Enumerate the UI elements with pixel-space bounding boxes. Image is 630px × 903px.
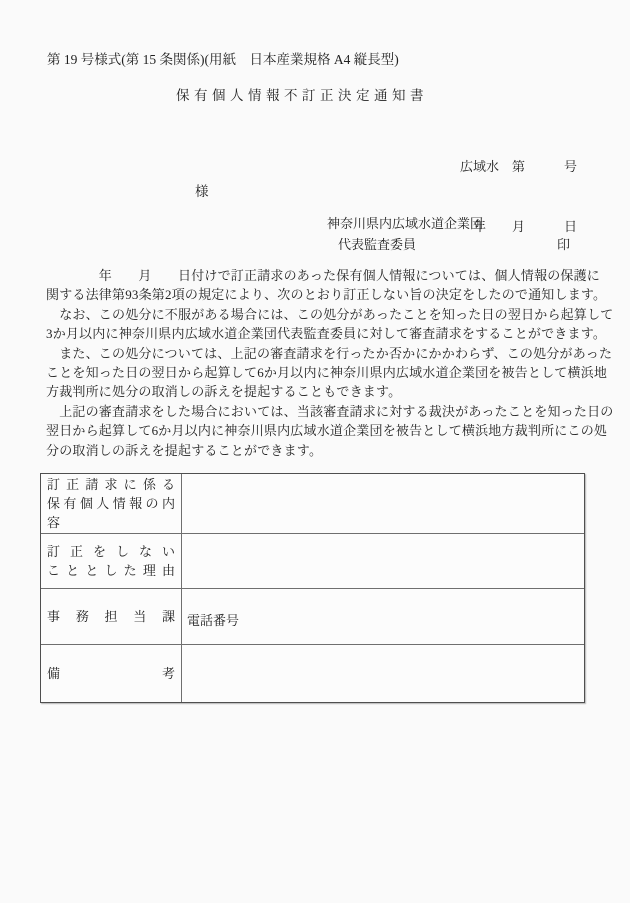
body-line: 年 月 日付けで訂正請求のあった保有個人情報については、個人情報の保護に [46,266,591,285]
table-row-label-remarks: 備 考 [41,645,182,702]
sender-organization: 神奈川県内広域水道企業団 [327,213,570,234]
document-page: 第 19 号様式(第 15 条関係)(用紙 日本産業規格 A4 縦長型) 保有個… [0,0,630,903]
body-line: なお、この処分に不服がある場合には、この処分があったことを知った日の翌日から起算… [46,305,591,324]
body-line: 関する法律第93条第2項の規定により、次のとおり訂正しない旨の決定をしたので通知… [46,285,591,304]
body-line: ことを知った日の翌日から起算して6か月以内に神奈川県内広域水道企業団を被告として… [46,363,591,382]
table-row-label-department: 事 務 担 当 課 [41,589,182,645]
body-line: 方裁判所に処分の取消しの訴えを提起することもできます。 [46,382,591,401]
addressee-honorific: 様 [195,180,209,200]
body-text: 年 月 日付けで訂正請求のあった保有個人情報については、個人情報の保護に 関する… [46,266,591,460]
body-line: 上記の審査請求をした場合においては、当該審査請求に対する裁決があったことを知った… [46,402,591,421]
body-line: 翌日から起算して6か月以内に神奈川県内広域水道企業団を被告として横浜地方裁判所に… [46,421,591,440]
document-title: 保有個人情報不訂正決定通知書 [0,84,604,104]
table-row-value-remarks [182,645,584,702]
table-row-label-request-content: 訂 正 請 求 に 係 る 保 有 個 人 情 報 の 内 容 [41,474,182,534]
sender-title: 代表監査委員 [338,234,416,255]
table-row-value-reason [182,534,584,589]
form-number-line: 第 19 号様式(第 15 条関係)(用紙 日本産業規格 A4 縦長型) [47,48,399,68]
body-line: 分の取消しの訴えを提起することができます。 [46,441,591,460]
document-number-line: 広域水 第 号 [460,157,577,177]
table-row-value-request-content [182,474,584,534]
phone-number-label: 電話番号 [187,610,239,629]
table-row-value-department: 電話番号 [182,589,584,645]
sender-block: 神奈川県内広域水道企業団 代表監査委員 印 [327,213,570,255]
table-row-label-reason: 訂 正 を し な い こ と と し た 理 由 [41,534,182,589]
body-line: 3か月以内に神奈川県内広域水道企業団代表監査委員に対して審査請求をすることができ… [46,324,591,343]
body-line: また、この処分については、上記の審査請求を行ったか否かにかかわらず、この処分があ… [46,344,591,363]
seal-mark: 印 [557,234,570,255]
form-table: 訂 正 請 求 に 係 る 保 有 個 人 情 報 の 内 容 訂 正 を し … [40,473,585,703]
